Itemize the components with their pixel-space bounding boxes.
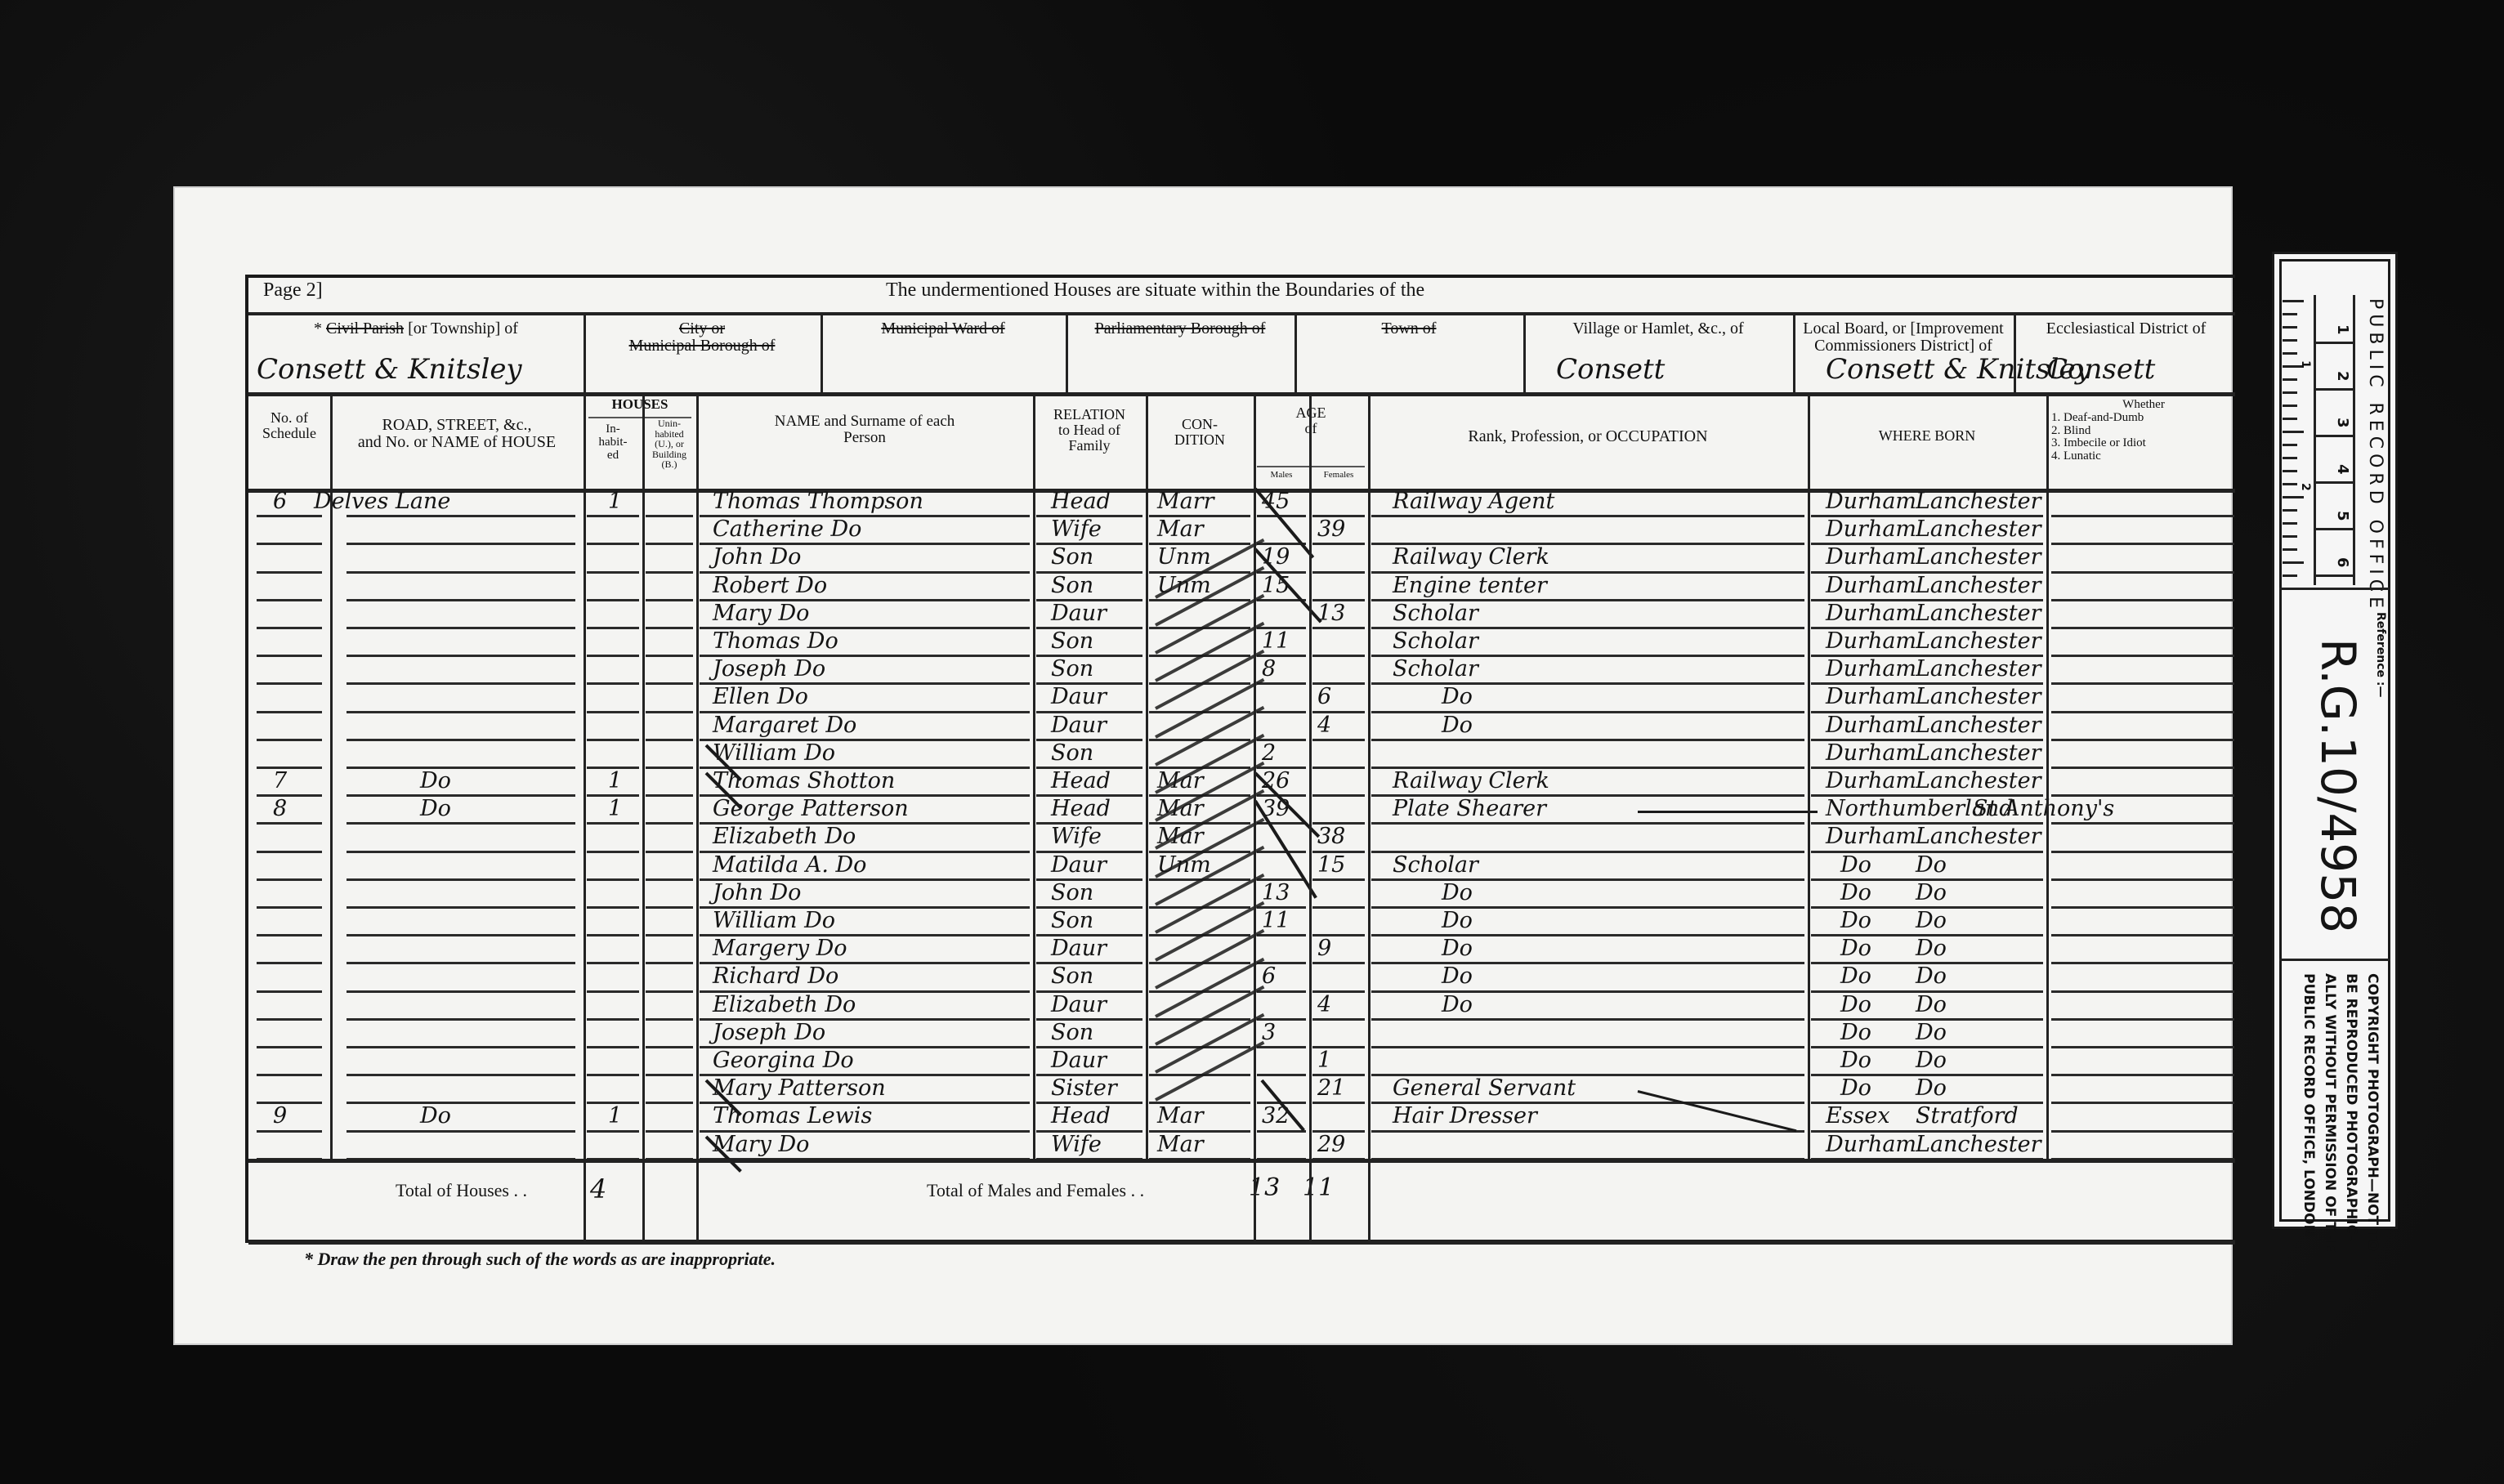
row-rule bbox=[1312, 767, 1365, 769]
row-rule bbox=[2051, 962, 2234, 964]
header-line: Whether bbox=[2051, 399, 2236, 412]
row-rule bbox=[2051, 655, 2234, 657]
header-line: NAME and Surname of each bbox=[696, 413, 1033, 430]
table-row: 7Do1Thomas ShottonHeadMar26Railway Clerk… bbox=[248, 771, 2238, 799]
relation: Wife bbox=[1051, 1132, 1102, 1157]
person-name: George Patterson bbox=[713, 796, 909, 821]
row-rule bbox=[347, 990, 575, 993]
row-rule bbox=[1371, 682, 1804, 685]
table-row: Margery DoDaur9DoDoDo bbox=[248, 939, 2238, 967]
born-county: Durham bbox=[1826, 740, 1916, 766]
column-divider bbox=[1309, 392, 1312, 1240]
row-rule bbox=[587, 543, 639, 545]
row-rule bbox=[646, 739, 693, 741]
header-houses: HOUSES bbox=[584, 397, 696, 412]
column-divider bbox=[821, 312, 823, 392]
header-line: Females bbox=[1309, 471, 1368, 481]
occupation: Scholar bbox=[1393, 656, 1478, 682]
header-line: and No. or NAME of HOUSE bbox=[330, 434, 584, 451]
header-occupation: Rank, Profession, or OCCUPATION bbox=[1368, 428, 1808, 445]
row-rule bbox=[2051, 543, 2234, 545]
row-rule bbox=[257, 1074, 322, 1076]
copyright-line: ALLY WITHOUT PERMISSION OF THE bbox=[2322, 973, 2338, 1253]
female-age: 21 bbox=[1317, 1075, 1345, 1101]
row-rule bbox=[1371, 515, 1804, 517]
row-rule bbox=[1371, 878, 1804, 881]
table-row: 9Do1Thomas LewisHeadMar32Hair DresserEss… bbox=[248, 1106, 2238, 1134]
row-rule bbox=[1257, 1046, 1306, 1048]
row-rule bbox=[587, 1018, 639, 1021]
row-rule bbox=[257, 1102, 322, 1104]
header-line: ROAD, STREET, &c., bbox=[330, 417, 584, 434]
row-rule bbox=[646, 934, 693, 936]
relation: Head bbox=[1051, 796, 1111, 821]
ruler-tick bbox=[2283, 496, 2304, 498]
born-place: Lanchester bbox=[1916, 713, 2041, 738]
row-rule bbox=[2051, 934, 2234, 936]
row-rule bbox=[2051, 1130, 2234, 1133]
header-line: 4. Lunatic bbox=[2051, 450, 2236, 463]
person-name: Thomas Shotton bbox=[713, 768, 895, 793]
condition: Marr bbox=[1157, 489, 1214, 514]
reference-label: Reference :— bbox=[2374, 612, 2387, 698]
header-whether: Whether1. Deaf-and-Dumb2. Blind3. Imbeci… bbox=[2051, 399, 2236, 463]
row-rule bbox=[587, 1130, 639, 1133]
column-divider bbox=[696, 392, 699, 1240]
rule bbox=[2279, 959, 2390, 961]
header-where-born: WHERE BORN bbox=[1808, 428, 2046, 444]
person-name: Mary Patterson bbox=[713, 1075, 886, 1101]
occupation: General Servant bbox=[1393, 1075, 1576, 1101]
row-rule bbox=[587, 822, 639, 825]
row-rule bbox=[347, 682, 575, 685]
header-females: Females bbox=[1309, 471, 1368, 481]
born-place: Lanchester bbox=[1916, 628, 2041, 654]
row-rule bbox=[646, 990, 693, 993]
census-page: Page 2] The undermentioned Houses are si… bbox=[173, 186, 2233, 1345]
relation: Son bbox=[1051, 740, 1093, 766]
header-line: 3. Imbecile or Idiot bbox=[2051, 437, 2236, 450]
row-rule bbox=[1257, 1130, 1306, 1133]
column-divider bbox=[642, 392, 645, 1240]
header-line: Unin- bbox=[642, 418, 696, 429]
row-rule bbox=[1312, 962, 1365, 964]
born-county: Essex bbox=[1826, 1103, 1890, 1129]
occupation: Do bbox=[1442, 880, 1473, 905]
ruler-tick bbox=[2283, 418, 2297, 420]
row-rule bbox=[347, 822, 575, 825]
row-rule bbox=[1257, 1074, 1306, 1076]
header-males: Males bbox=[1254, 471, 1309, 481]
row-rule bbox=[646, 599, 693, 601]
header-line: Rank, Profession, or OCCUPATION bbox=[1368, 428, 1808, 445]
born-county: Durham bbox=[1826, 684, 1916, 709]
copyright-line: COPYRIGHT PHOTOGRAPH—NOT TO bbox=[2364, 973, 2381, 1251]
row-rule bbox=[1312, 1018, 1365, 1021]
header-line: Males bbox=[1254, 471, 1309, 481]
ruler-tick bbox=[2283, 431, 2304, 433]
relation: Son bbox=[1051, 544, 1093, 570]
person-name: Mary Do bbox=[713, 1132, 809, 1157]
header-line: ed bbox=[584, 449, 642, 463]
row-rule bbox=[2051, 1102, 2234, 1104]
reference-slip: 12345612 PUBLIC RECORD OFFICE Reference … bbox=[2272, 252, 2398, 1229]
person-name: Thomas Thompson bbox=[713, 489, 923, 514]
column-divider bbox=[1254, 392, 1256, 1240]
occupation: Do bbox=[1442, 908, 1473, 933]
total-houses-value: 4 bbox=[590, 1173, 606, 1205]
born-county: Durham bbox=[1826, 713, 1916, 738]
male-age: 6 bbox=[1262, 963, 1276, 989]
ruler-tick bbox=[2315, 342, 2353, 344]
ruler-tick bbox=[2283, 405, 2297, 407]
condition: Unm bbox=[1157, 544, 1211, 570]
schedule-number: 7 bbox=[273, 768, 287, 793]
row-rule bbox=[257, 515, 322, 517]
person-name: Joseph Do bbox=[713, 656, 825, 682]
row-rule bbox=[587, 906, 639, 909]
row-rule bbox=[2051, 906, 2234, 909]
area-label-2: Municipal Ward of bbox=[824, 320, 1062, 337]
relation: Son bbox=[1051, 1020, 1093, 1045]
ruler-tick bbox=[2315, 435, 2353, 437]
row-rule bbox=[2051, 1018, 2234, 1021]
female-age: 4 bbox=[1317, 992, 1331, 1017]
schedule-number: 8 bbox=[273, 796, 287, 821]
column-divider bbox=[1146, 392, 1148, 1159]
table-row: William DoSon11DoDoDo bbox=[248, 911, 2238, 939]
ruler-tick bbox=[2283, 574, 2297, 577]
relation: Sister bbox=[1051, 1075, 1117, 1101]
row-rule bbox=[257, 543, 322, 545]
ruler-tick bbox=[2283, 391, 2297, 394]
total-persons-label: Total of Males and Females . . bbox=[927, 1180, 1144, 1201]
column-divider bbox=[1808, 392, 1810, 1159]
occupation: Do bbox=[1442, 963, 1473, 989]
occupation: Do bbox=[1442, 713, 1473, 738]
male-age: 19 bbox=[1262, 544, 1290, 570]
person-name: Georgina Do bbox=[713, 1048, 854, 1073]
row-rule bbox=[646, 794, 693, 797]
person-name: William Do bbox=[713, 908, 835, 933]
row-rule bbox=[257, 1046, 322, 1048]
row-rule bbox=[257, 794, 322, 797]
relation: Son bbox=[1051, 628, 1093, 654]
row-rule bbox=[1257, 682, 1306, 685]
row-rule bbox=[646, 822, 693, 825]
person-name: Thomas Do bbox=[713, 628, 838, 654]
born-county: Durham bbox=[1826, 656, 1916, 682]
ruler-tick bbox=[2283, 457, 2297, 459]
area-label-6: Local Board, or [ImprovementCommissioner… bbox=[1796, 320, 2010, 355]
ruler-tick bbox=[2283, 561, 2304, 564]
row-rule bbox=[347, 1046, 575, 1048]
row-rule bbox=[347, 878, 575, 881]
page-label: Page 2] bbox=[263, 279, 323, 302]
row-rule bbox=[1371, 906, 1804, 909]
born-place: Do bbox=[1916, 908, 1947, 933]
born-place: Do bbox=[1916, 1048, 1947, 1073]
born-county: Durham bbox=[1826, 544, 1916, 570]
row-rule bbox=[587, 655, 639, 657]
relation: Son bbox=[1051, 573, 1093, 598]
row-rule bbox=[257, 1130, 322, 1133]
row-rule bbox=[1257, 851, 1306, 853]
row-rule bbox=[1371, 934, 1804, 936]
scale-number: 3 bbox=[2334, 418, 2351, 428]
female-age: 4 bbox=[1317, 713, 1331, 738]
relation: Wife bbox=[1051, 516, 1102, 542]
row-rule bbox=[347, 1130, 575, 1133]
born-place: Do bbox=[1916, 852, 1947, 878]
row-rule bbox=[646, 1046, 693, 1048]
person-name: Elizabeth Do bbox=[713, 992, 856, 1017]
row-rule bbox=[587, 599, 639, 601]
column-divider bbox=[1294, 312, 1297, 392]
person-name: John Do bbox=[713, 544, 801, 570]
born-county: Do bbox=[1840, 992, 1871, 1017]
row-rule bbox=[2051, 1074, 2234, 1076]
person-name: Thomas Lewis bbox=[713, 1103, 872, 1129]
row-rule bbox=[2051, 739, 2234, 741]
total-females-value: 11 bbox=[1303, 1173, 1334, 1202]
born-county: Durham bbox=[1826, 573, 1916, 598]
born-county: Durham bbox=[1826, 824, 1916, 849]
relation: Daur bbox=[1051, 992, 1107, 1017]
born-place: Lanchester bbox=[1916, 516, 2041, 542]
header-schedule: No. ofSchedule bbox=[248, 410, 330, 441]
row-rule bbox=[257, 655, 322, 657]
row-rule bbox=[587, 934, 639, 936]
row-rule bbox=[646, 962, 693, 964]
row-rule bbox=[646, 1074, 693, 1076]
row-rule bbox=[257, 906, 322, 909]
header-inhabited: In-habit-ed bbox=[584, 423, 642, 462]
row-rule bbox=[646, 851, 693, 853]
row-rule bbox=[1312, 878, 1365, 881]
row-rule bbox=[347, 1018, 575, 1021]
header-line: In- bbox=[584, 423, 642, 436]
born-county: Do bbox=[1840, 936, 1871, 961]
row-rule bbox=[2051, 711, 2234, 713]
area-label-line: Municipal Borough of bbox=[587, 337, 817, 355]
schedule-number: 9 bbox=[273, 1103, 287, 1129]
born-place: Do bbox=[1916, 936, 1947, 961]
row-rule bbox=[587, 515, 639, 517]
ruler-tick bbox=[2283, 326, 2297, 329]
row-rule bbox=[1371, 739, 1804, 741]
area-label-4: Town of bbox=[1298, 320, 1520, 337]
row-rule bbox=[1371, 990, 1804, 993]
column-divider bbox=[2046, 392, 2049, 1159]
ruler-tick bbox=[2315, 481, 2353, 484]
row-rule bbox=[1371, 962, 1804, 964]
area-value-5: Consett bbox=[1556, 353, 1665, 386]
person-name: Matilda A. Do bbox=[713, 852, 866, 878]
row-rule bbox=[257, 878, 322, 881]
female-age: 9 bbox=[1317, 936, 1331, 961]
row-rule bbox=[587, 1046, 639, 1048]
inhabited-count: 1 bbox=[608, 1103, 622, 1129]
row-rule bbox=[2051, 571, 2234, 574]
copyright-line: PUBLIC RECORD OFFICE, LONDON bbox=[2301, 973, 2317, 1236]
relation: Daur bbox=[1051, 601, 1107, 626]
row-rule bbox=[1257, 934, 1306, 936]
born-place: Lanchester bbox=[1916, 768, 2041, 793]
row-rule bbox=[1371, 822, 1804, 825]
occupation: Engine tenter bbox=[1393, 573, 1547, 598]
row-rule bbox=[347, 655, 575, 657]
born-place: Lanchester bbox=[1916, 656, 2041, 682]
area-label-1: City orMunicipal Borough of bbox=[587, 320, 817, 355]
road-name: Do bbox=[420, 796, 451, 821]
header-line: habit- bbox=[584, 436, 642, 449]
header-line: WHERE BORN bbox=[1808, 428, 2046, 444]
row-rule bbox=[347, 851, 575, 853]
condition: Mar bbox=[1157, 1132, 1204, 1157]
public-record-office-label: PUBLIC RECORD OFFICE bbox=[2365, 298, 2386, 613]
row-rule bbox=[1257, 990, 1306, 993]
born-place: Lanchester bbox=[1916, 740, 2041, 766]
row-rule bbox=[257, 934, 322, 936]
rule bbox=[248, 1240, 2235, 1245]
relation: Son bbox=[1051, 656, 1093, 682]
row-rule bbox=[1371, 1046, 1804, 1048]
header-line: No. of bbox=[248, 410, 330, 426]
row-rule bbox=[646, 571, 693, 574]
area-label-text: Village or Hamlet, &c., of bbox=[1572, 320, 1743, 337]
row-rule bbox=[587, 627, 639, 629]
relation: Daur bbox=[1051, 852, 1107, 878]
header-relation: RELATIONto Head ofFamily bbox=[1033, 407, 1146, 454]
born-county: Durham bbox=[1826, 1132, 1916, 1157]
relation: Head bbox=[1051, 1103, 1111, 1129]
rule bbox=[248, 392, 2235, 396]
row-rule bbox=[347, 711, 575, 713]
born-county: Durham bbox=[1826, 601, 1916, 626]
ruler-tick bbox=[2315, 574, 2353, 577]
row-rule bbox=[347, 1074, 575, 1076]
row-rule bbox=[587, 571, 639, 574]
area-label-text: [or Township] of bbox=[404, 320, 518, 337]
table-row: Thomas DoSon11ScholarDurhamLanchester bbox=[248, 632, 2238, 659]
relation: Head bbox=[1051, 489, 1111, 514]
area-label-line: Local Board, or [Improvement bbox=[1796, 320, 2010, 337]
area-label-text: Municipal Ward of bbox=[881, 320, 1004, 337]
row-rule bbox=[646, 682, 693, 685]
ruler-tick bbox=[2283, 535, 2297, 538]
born-place: Lanchester bbox=[1916, 601, 2041, 626]
header-name: NAME and Surname of eachPerson bbox=[696, 413, 1033, 446]
table-row: Mary PattersonSister21General ServantDoD… bbox=[248, 1079, 2238, 1106]
row-rule bbox=[646, 1018, 693, 1021]
relation: Wife bbox=[1051, 824, 1102, 849]
condition: Mar bbox=[1157, 1103, 1204, 1129]
header-line: 1. Deaf-and-Dumb bbox=[2051, 412, 2236, 425]
header-line: Family bbox=[1033, 438, 1146, 454]
row-rule bbox=[646, 1102, 693, 1104]
row-rule bbox=[2051, 822, 2234, 825]
occupation: Hair Dresser bbox=[1393, 1103, 1537, 1129]
table-row: Joseph DoSon8ScholarDurhamLanchester bbox=[248, 659, 2238, 687]
inhabited-count: 1 bbox=[608, 796, 622, 821]
row-rule bbox=[1312, 906, 1365, 909]
table-row: Catherine DoWifeMar39DurhamLanchester bbox=[248, 520, 2238, 548]
row-rule bbox=[347, 767, 575, 769]
scale-number: 2 bbox=[2334, 371, 2351, 382]
born-county: Do bbox=[1840, 1048, 1871, 1073]
male-age: 13 bbox=[1262, 880, 1290, 905]
born-place: Do bbox=[1916, 1020, 1947, 1045]
column-divider bbox=[1523, 312, 1526, 392]
header-line: DITION bbox=[1146, 432, 1254, 448]
row-rule bbox=[257, 571, 322, 574]
ruler-tick bbox=[2283, 378, 2297, 381]
male-age: 8 bbox=[1262, 656, 1276, 682]
born-place: Lanchester bbox=[1916, 684, 2041, 709]
occupation: Railway Agent bbox=[1393, 489, 1554, 514]
row-rule bbox=[2051, 990, 2234, 993]
born-place: Do bbox=[1916, 963, 1947, 989]
row-rule bbox=[646, 906, 693, 909]
column-divider bbox=[1368, 392, 1370, 1240]
female-age: 1 bbox=[1317, 1048, 1331, 1073]
born-place: Stratford bbox=[1916, 1103, 2019, 1129]
inhabited-count: 1 bbox=[608, 768, 622, 793]
column-divider bbox=[2014, 312, 2016, 392]
row-rule bbox=[646, 878, 693, 881]
ruler-tick bbox=[2283, 352, 2297, 355]
born-place: Lanchester bbox=[1916, 1132, 2041, 1157]
road-name: Do bbox=[420, 768, 451, 793]
row-rule bbox=[1312, 571, 1365, 574]
person-name: Elizabeth Do bbox=[713, 824, 856, 849]
ruler-tick bbox=[2315, 388, 2353, 391]
occupation: Scholar bbox=[1393, 601, 1478, 626]
area-label-5: Village or Hamlet, &c., of bbox=[1527, 320, 1790, 337]
relation: Daur bbox=[1051, 1048, 1107, 1073]
row-rule bbox=[2051, 515, 2234, 517]
born-county: Do bbox=[1840, 880, 1871, 905]
born-place: Lanchester bbox=[1916, 824, 2041, 849]
row-rule bbox=[347, 543, 575, 545]
table-row: 8Do1George PattersonHeadMar39Plate Shear… bbox=[248, 799, 2238, 827]
row-rule bbox=[646, 627, 693, 629]
relation: Son bbox=[1051, 963, 1093, 989]
rule bbox=[2279, 588, 2390, 590]
header-line: (B.) bbox=[642, 459, 696, 470]
total-houses-label: Total of Houses . . bbox=[396, 1180, 527, 1201]
area-label-text: Ecclesiastical District of bbox=[2046, 320, 2206, 337]
row-rule bbox=[257, 851, 322, 853]
row-rule bbox=[257, 990, 322, 993]
row-rule bbox=[587, 990, 639, 993]
row-rule bbox=[2051, 682, 2234, 685]
row-rule bbox=[347, 515, 575, 517]
row-rule bbox=[257, 627, 322, 629]
relation: Daur bbox=[1051, 684, 1107, 709]
footnote: * Draw the pen through such of the words… bbox=[304, 1249, 776, 1270]
area-value-7: Consett bbox=[2046, 353, 2155, 386]
scale-number: 5 bbox=[2334, 511, 2351, 521]
person-name: Margaret Do bbox=[713, 713, 856, 738]
ruler-tick bbox=[2283, 339, 2297, 342]
row-rule bbox=[347, 571, 575, 574]
row-rule bbox=[347, 934, 575, 936]
ruler-tick bbox=[2283, 522, 2297, 525]
occupation: Railway Clerk bbox=[1393, 768, 1549, 793]
area-label-line: Commissioners District] of bbox=[1796, 337, 2010, 355]
